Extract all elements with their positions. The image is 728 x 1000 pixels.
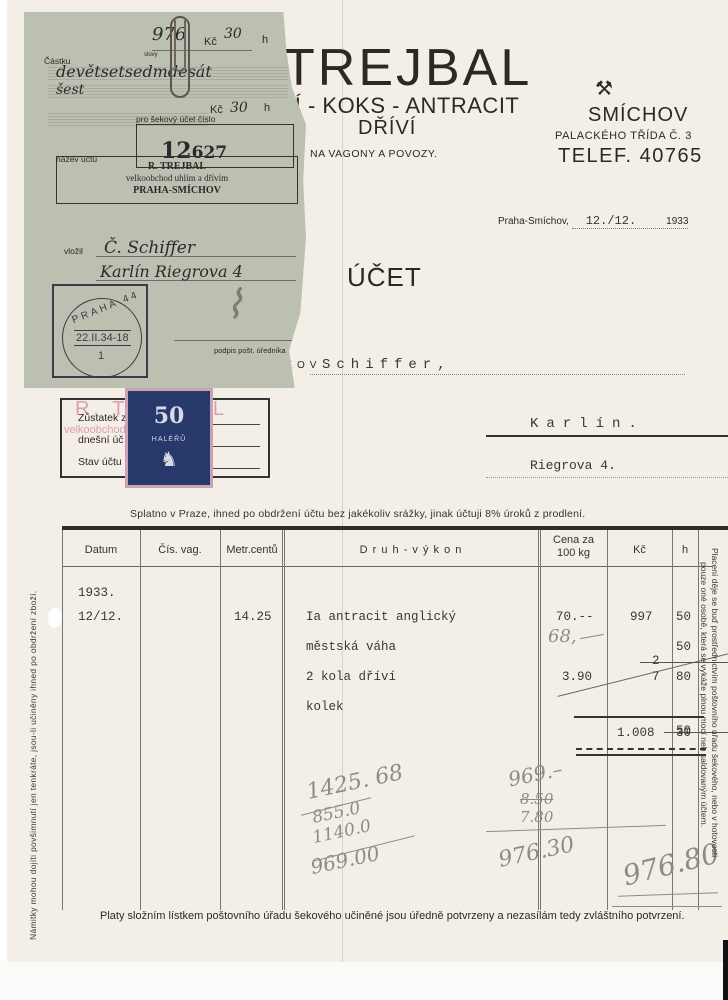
- revenue-stamp: 50 HALÉŘŮ ♞: [125, 388, 213, 488]
- company-name: TREJBAL: [283, 38, 532, 98]
- document-title: ÚČET: [347, 262, 422, 293]
- place-date: Praha-Smíchov, 12./12.1933: [498, 214, 688, 229]
- row1-quantity: 14.25: [234, 610, 272, 624]
- complaints-note: Námitky mohou dojíti povšimnutí jen tenk…: [28, 591, 38, 940]
- stamp-label: HALÉŘŮ: [128, 436, 210, 443]
- recipient-city: Karlín.: [530, 416, 645, 432]
- price-correction: 68,: [548, 626, 577, 647]
- crossed-hammers-icon: ⚒: [595, 76, 613, 101]
- recipient-underline: [310, 374, 685, 375]
- scan-background: [0, 962, 728, 1000]
- header-haler: h: [672, 544, 698, 556]
- year-cell: 1933.: [78, 586, 116, 600]
- payment-note: Placení děje se buď prostřednictvím pošt…: [698, 548, 720, 857]
- footer-note: Platy složním lístkem poštovního úřadu š…: [100, 910, 685, 922]
- header-koruna: Kč: [607, 544, 672, 556]
- row1-kc: 997: [630, 610, 653, 624]
- header-price-per-100kg: Cena za100 kg: [540, 534, 607, 560]
- row1-h: 50: [676, 610, 691, 624]
- slip-amount-h: 30: [224, 26, 242, 42]
- header-metric-centners: Metr.centů: [220, 544, 284, 556]
- street-underline: [486, 477, 728, 478]
- slip-signature-label: podpis pošt. úředníka: [214, 346, 286, 355]
- delivery-note: NA VAGONY A POVOZY.: [310, 148, 437, 160]
- row2-h: 50: [676, 640, 691, 654]
- total-h: 30: [676, 726, 691, 740]
- stamp-value: 50: [128, 403, 210, 429]
- slip-depositor-label: vložil: [64, 246, 83, 256]
- scan-edge: [723, 940, 728, 1000]
- slip-depositor-name: Č. Schiffer: [104, 238, 195, 258]
- product-line-2: DŘÍVÍ: [358, 117, 416, 140]
- postmark-date: 22.II.34-18: [74, 330, 131, 346]
- pencil-signature: ⌇: [224, 282, 244, 328]
- header-description: D r u h - v ý k o n: [284, 544, 538, 556]
- row3-description: 2 kola dříví: [306, 670, 396, 684]
- pencil-calc-7: 7.80: [520, 808, 553, 826]
- row4-description: kolek: [306, 700, 344, 714]
- pencil-calc-6: 8.50: [520, 790, 553, 808]
- postmark-number: 1: [98, 350, 104, 362]
- recipient-street: Riegrova 4.: [530, 458, 616, 473]
- invoice-table: Datum Čís. vag. Metr.centů D r u h - v ý…: [62, 526, 702, 910]
- slip-amount-h2: 30: [230, 100, 248, 116]
- slip-depositor-address: Karlín Riegrova 4: [100, 262, 243, 281]
- city-underline: [486, 435, 728, 437]
- product-line: LÍ - KOKS - ANTRACIT: [282, 93, 519, 119]
- place: Praha-Smíchov,: [498, 216, 569, 227]
- account-state-label: Stav účtu: [78, 456, 122, 468]
- company-address: PALACKÉHO TŘÍDA Č. 3: [555, 130, 692, 142]
- date-value: 12./12.: [586, 214, 636, 228]
- slip-amount-words-2: šest: [56, 82, 84, 98]
- payment-terms: Splatno v Praze, ihned po obdržení účtu …: [130, 508, 585, 520]
- slip-h2-label: h: [264, 102, 270, 114]
- slip-words-label: slovy: [144, 52, 158, 58]
- year-value: 1933: [666, 216, 688, 227]
- company-phone: TELEF. 40765: [558, 145, 703, 168]
- recipient-name: Schiffer,: [322, 357, 452, 373]
- slip-account-holder-box: R. TREJBAL velkoobchod uhlím a dřívím PR…: [56, 156, 298, 204]
- paperclip-inner-icon: [174, 20, 186, 72]
- total-kc: 1.008: [617, 726, 655, 740]
- row3-kc: 7: [652, 670, 660, 684]
- slip-account-label: pro šekový účet číslo: [136, 114, 215, 124]
- row2-description: městská váha: [306, 640, 396, 654]
- slip-h-label: h: [262, 34, 268, 46]
- punch-hole: [46, 606, 62, 628]
- row1-date: 12/12.: [78, 610, 123, 624]
- row3-price: 3.90: [562, 670, 592, 684]
- header-date: Datum: [62, 544, 140, 556]
- row1-description: Ia antracit anglický: [306, 610, 456, 624]
- slip-kc-label: Kč: [204, 36, 217, 48]
- row3-h: 80: [676, 670, 691, 684]
- postal-payment-slip: 976 Kč 30 h Částku slovy devětsetsedmdes…: [24, 12, 306, 388]
- lion-icon: ♞: [128, 447, 210, 472]
- district-name: SMÍCHOV: [588, 104, 688, 127]
- header-wagon-number: Čís. vag.: [140, 544, 220, 556]
